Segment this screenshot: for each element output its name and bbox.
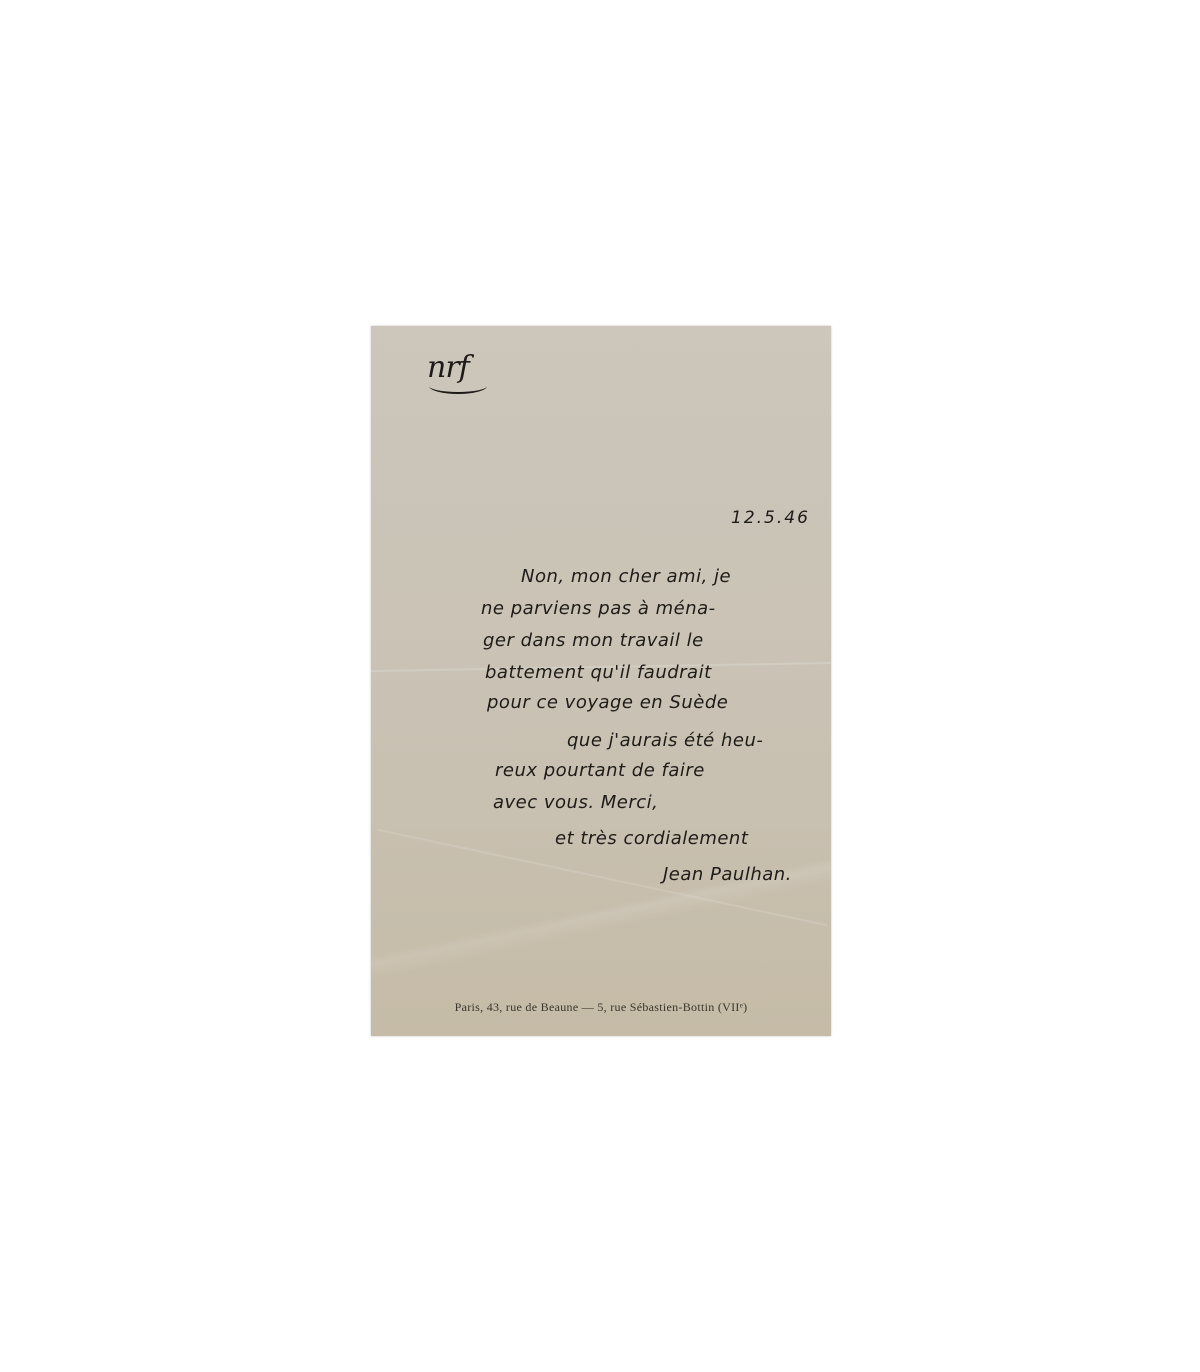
letter-sheet: nrf 12.5.46 Non, mon cher ami, je ne par… [371,326,831,1036]
body-line: que j'aurais été heu- [567,730,763,751]
body-line: avec vous. Merci, [493,792,658,813]
body-line: battement qu'il faudrait [485,662,712,683]
body-line: ger dans mon travail le [483,630,704,651]
body-line: pour ce voyage en Suède [487,692,728,713]
letter-date: 12.5.46 [731,508,810,528]
nrf-logo-swash [429,378,487,394]
body-line: ne parviens pas à ména- [481,598,716,619]
body-line: et très cordialement [555,828,748,849]
body-line: reux pourtant de faire [495,760,705,781]
signature: Jean Paulhan. [663,864,792,885]
body-line: Non, mon cher ami, je [521,566,731,587]
letterhead-address: Paris, 43, rue de Beaune — 5, rue Sébast… [371,1000,831,1015]
